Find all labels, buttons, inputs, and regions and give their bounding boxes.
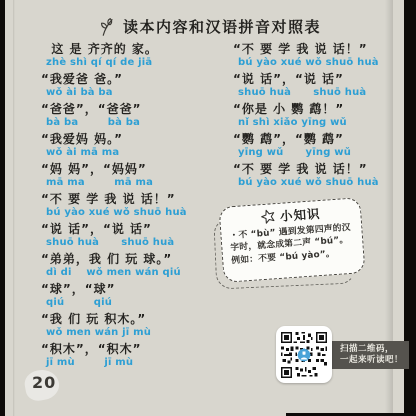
tip-box-body: ・不 “bù” 遇到发第四声的汉字时，就念成第二声 “bú”。例如：不要 “bú… xyxy=(229,222,355,268)
audio-banner-line2: 一起来听读吧！ xyxy=(340,355,409,366)
phrase-hanzi: “鹦 鹉”，“鹦 鹉” xyxy=(233,132,405,146)
phrase-entry: “鹦 鹉”，“鹦 鹉” yīng wǔ yīng wǔ xyxy=(233,132,405,159)
phrase-hanzi: “我爱妈 妈。” xyxy=(41,132,221,146)
phrase-pinyin: wǒ ài bà ba xyxy=(41,86,221,99)
audio-banner-line1: 扫描二维码， xyxy=(340,344,409,355)
phrase-pinyin: bú yào xué wǒ shuō huà xyxy=(41,206,221,219)
phrase-pinyin: nǐ shì xiǎo yīng wǔ xyxy=(233,116,405,129)
phrase-pinyin: bà ba bà ba xyxy=(41,116,221,129)
phrase-hanzi: “积木”，“积木” xyxy=(41,342,221,356)
phrase-pinyin: bú yào xué wǒ shuō huà xyxy=(233,176,405,189)
phrase-entry: “弟弟，我 们 玩 球。” dì di wǒ men wán qiú xyxy=(41,252,221,279)
phrase-pinyin: wǒ ài mā ma xyxy=(41,146,221,159)
phrase-pinyin: bú yào xué wǒ shuō huà xyxy=(233,56,405,69)
phrase-hanzi: “弟弟，我 们 玩 球。” xyxy=(41,252,221,266)
leaf-icon xyxy=(97,15,120,38)
page-crease xyxy=(13,0,15,416)
phrase-hanzi: “不 要 学 我 说 话！” xyxy=(233,162,405,176)
book-page: 读本内容和汉语拼音对照表 这 是 齐齐的 家。 zhè shì qí qí de… xyxy=(5,0,404,416)
phrase-hanzi: “我 们 玩 积木。” xyxy=(41,312,221,326)
phrase-hanzi: “不 要 学 我 说 话！” xyxy=(41,192,221,206)
phrase-pinyin: yīng wǔ yīng wǔ xyxy=(233,146,405,159)
phrase-hanzi: “爸爸”，“爸爸” xyxy=(41,102,221,116)
phrase-hanzi: “球”，“球” xyxy=(41,282,221,296)
phrase-entry: “说 话”，“说 话” shuō huà shuō huà xyxy=(233,72,405,99)
phrase-pinyin: wǒ men wán jī mù xyxy=(41,326,221,339)
tip-box: 小知识 ・不 “bù” 遇到发第四声的汉字时，就念成第二声 “bú”。例如：不要… xyxy=(219,197,366,283)
audio-banner: 扫描二维码， 一起来听读吧！ xyxy=(325,341,409,369)
phrase-entry: “球”，“球” qiú qiú xyxy=(41,282,221,309)
phrase-entry: “我爱妈 妈。” wǒ ài mā ma xyxy=(41,132,221,159)
phrase-hanzi: “说 话”，“说 话” xyxy=(41,222,221,236)
phrase-entry: 这 是 齐齐的 家。 zhè shì qí qí de jiā xyxy=(41,42,221,69)
star-icon xyxy=(258,206,278,226)
phrase-pinyin: qiú qiú xyxy=(41,296,221,309)
phrase-entry: “我爱爸 爸。” wǒ ài bà ba xyxy=(41,72,221,99)
page-title: 读本内容和汉语拼音对照表 xyxy=(123,16,321,37)
phrase-entry: “爸爸”，“爸爸” bà ba bà ba xyxy=(41,102,221,129)
phrase-entry: “积木”，“积木” jī mù jī mù xyxy=(41,342,221,369)
phrase-entry: “不 要 学 我 说 话！” bú yào xué wǒ shuō huà xyxy=(233,42,405,69)
phrase-pinyin: zhè shì qí qí de jiā xyxy=(41,56,221,69)
phrase-hanzi: “我爱爸 爸。” xyxy=(41,72,221,86)
page-number: 20 xyxy=(32,373,56,392)
qr-code-icon xyxy=(281,332,327,378)
phrase-column-right: “不 要 学 我 说 话！” bú yào xué wǒ shuō huà “说… xyxy=(233,42,405,192)
phrase-entry: “不 要 学 我 说 话！” bú yào xué wǒ shuō huà xyxy=(41,192,221,219)
phrase-hanzi: “不 要 学 我 说 话！” xyxy=(233,42,405,56)
page-header: 读本内容和汉语拼音对照表 xyxy=(10,16,409,37)
phrase-pinyin: mā ma mā ma xyxy=(41,176,221,189)
phrase-pinyin: shuō huà shuō huà xyxy=(41,236,221,249)
phrase-entry: “你是 小 鹦 鹉！” nǐ shì xiǎo yīng wǔ xyxy=(233,102,405,129)
phrase-hanzi: “妈 妈”，“妈妈” xyxy=(41,162,221,176)
qr-card xyxy=(276,326,332,383)
phrase-entry: “妈 妈”，“妈妈” mā ma mā ma xyxy=(41,162,221,189)
phrase-hanzi: “说 话”，“说 话” xyxy=(233,72,405,86)
phrase-hanzi: “你是 小 鹦 鹉！” xyxy=(233,102,405,116)
phrase-pinyin: shuō huà shuō huà xyxy=(233,86,405,99)
phrase-hanzi: 这 是 齐齐的 家。 xyxy=(41,42,221,56)
qr-logo xyxy=(298,348,311,361)
tip-box-title: 小知识 xyxy=(279,204,321,225)
phrase-entry: “说 话”，“说 话” shuō huà shuō huà xyxy=(41,222,221,249)
phrase-entry: “不 要 学 我 说 话！” bú yào xué wǒ shuō huà xyxy=(233,162,405,189)
phrase-pinyin: jī mù jī mù xyxy=(41,356,221,369)
phrase-entry: “我 们 玩 积木。” wǒ men wán jī mù xyxy=(41,312,221,339)
phrase-column-left: 这 是 齐齐的 家。 zhè shì qí qí de jiā “我爱爸 爸。”… xyxy=(41,42,221,372)
phrase-pinyin: dì di wǒ men wán qiú xyxy=(41,266,221,279)
